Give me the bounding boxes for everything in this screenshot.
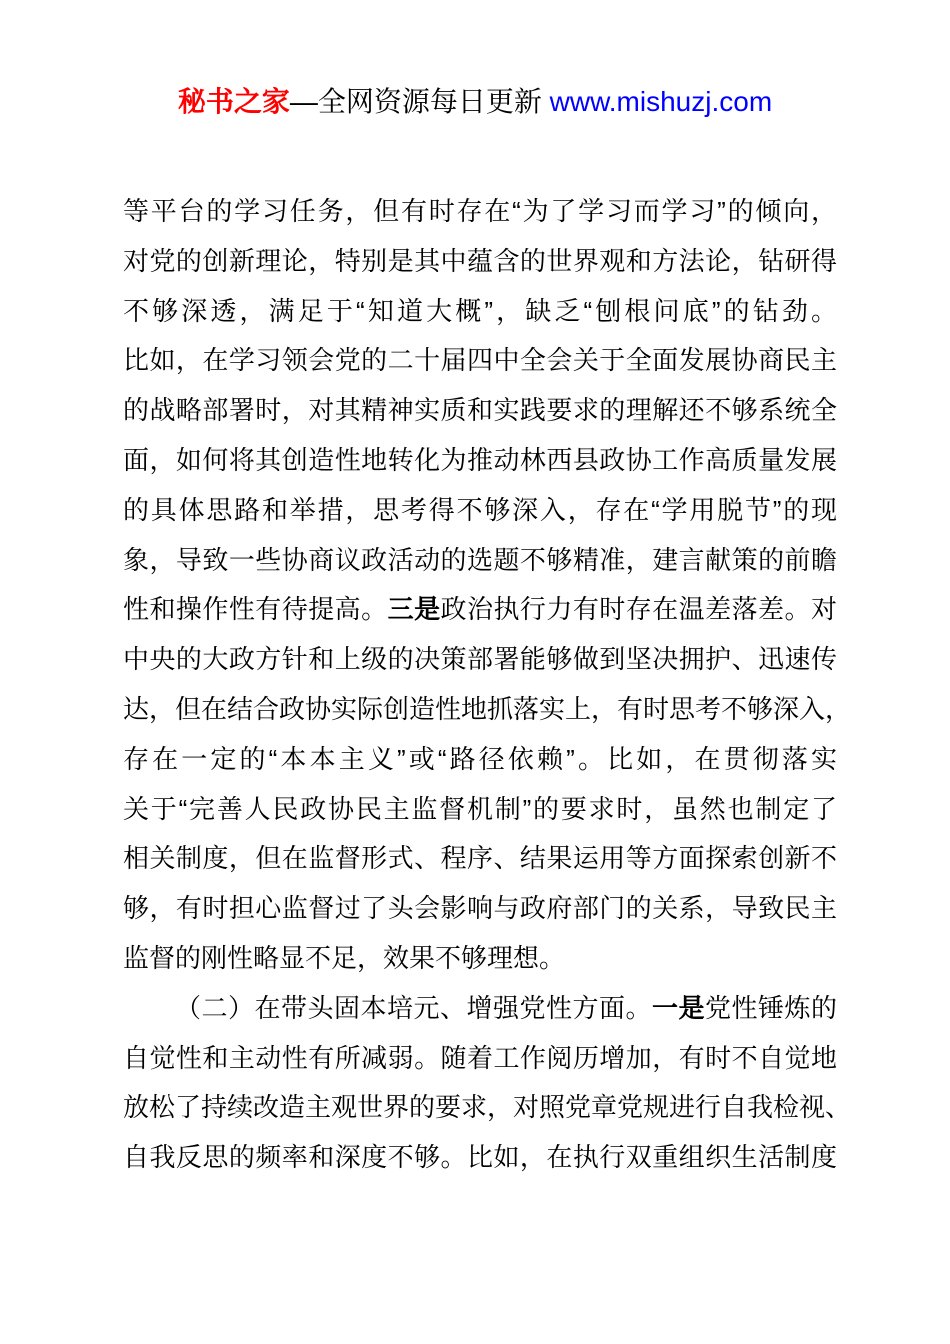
text-line: 中央的大政方针和上级的决策部署能够做到坚决拥护、迅速传 — [123, 635, 837, 685]
text-run: 关于“完善人民政协民主监督机制”的要求时，虽然也制定了 — [123, 794, 837, 824]
text-run: 相关制度，但在监督形式、程序、结果运用等方面探索创新不 — [123, 843, 837, 873]
text-run: 象，导致一些协商议政活动的选题不够精准，建言献策的前瞻 — [123, 545, 837, 575]
text-run: 存在一定的“本本主义”或“路径依赖”。比如，在贯彻落实 — [123, 744, 837, 774]
text-run: 够，有时担心监督过了头会影响与政府部门的关系，导致民主 — [123, 893, 837, 923]
text-line: 等平台的学习任务，但有时存在“为了学习而学习”的倾向， — [123, 187, 837, 237]
bold-run: 一是 — [652, 993, 705, 1023]
text-run: 党性锤炼的 — [705, 993, 837, 1023]
text-run: 不够深透，满足于“知道大概”，缺乏“刨根问底”的钻劲。 — [123, 296, 837, 326]
text-line: 达，但在结合政协实际创造性地抓落实上，有时思考不够深入， — [123, 685, 837, 735]
text-line: 的具体思路和举措，思考得不够深入，存在“学用脱节”的现 — [123, 486, 837, 536]
text-line: 关于“完善人民政协民主监督机制”的要求时，虽然也制定了 — [123, 785, 837, 835]
text-line: 的战略部署时，对其精神实质和实践要求的理解还不够系统全 — [123, 386, 837, 436]
text-run: 等平台的学习任务，但有时存在“为了学习而学习”的倾向， — [123, 196, 837, 226]
text-line: 象，导致一些协商议政活动的选题不够精准，建言献策的前瞻 — [123, 536, 837, 586]
text-run: （二）在带头固本培元、增强党性方面。 — [175, 993, 652, 1023]
text-line: 相关制度，但在监督形式、程序、结果运用等方面探索创新不 — [123, 834, 837, 884]
text-run: 自我反思的频率和深度不够。比如，在执行双重组织生活制度 — [123, 1142, 837, 1172]
text-line: 监督的刚性略显不足，效果不够理想。 — [123, 934, 837, 984]
text-line: 存在一定的“本本主义”或“路径依赖”。比如，在贯彻落实 — [123, 735, 837, 785]
text-line: （二）在带头固本培元、增强党性方面。一是党性锤炼的 — [123, 984, 837, 1034]
text-run: 面，如何将其创造性地转化为推动林西县政协工作高质量发展 — [123, 445, 837, 475]
text-line: 够，有时担心监督过了头会影响与政府部门的关系，导致民主 — [123, 884, 837, 934]
text-run: 监督的刚性略显不足，效果不够理想。 — [123, 943, 565, 973]
text-line: 不够深透，满足于“知道大概”，缺乏“刨根问底”的钻劲。 — [123, 287, 837, 337]
site-header: 秘书之家—全网资源每日更新 www.mishuzj.com — [0, 80, 950, 124]
text-line: 放松了持续改造主观世界的要求，对照党章党规进行自我检视、 — [123, 1083, 837, 1133]
paragraph: 等平台的学习任务，但有时存在“为了学习而学习”的倾向，对党的创新理论，特别是其中… — [123, 187, 837, 984]
text-run: 中央的大政方针和上级的决策部署能够做到坚决拥护、迅速传 — [123, 644, 837, 674]
text-run: 达，但在结合政协实际创造性地抓落实上，有时思考不够深入， — [123, 694, 851, 724]
site-url-link[interactable]: www.mishuzj.com — [550, 86, 772, 117]
text-run: 的具体思路和举措，思考得不够深入，存在“学用脱节”的现 — [123, 495, 837, 525]
text-line: 面，如何将其创造性地转化为推动林西县政协工作高质量发展 — [123, 436, 837, 486]
text-run: 放松了持续改造主观世界的要求，对照党章党规进行自我检视、 — [123, 1092, 851, 1122]
text-line: 比如，在学习领会党的二十届四中全会关于全面发展协商民主 — [123, 336, 837, 386]
text-line: 自觉性和主动性有所减弱。随着工作阅历增加，有时不自觉地 — [123, 1034, 837, 1084]
paragraph: （二）在带头固本培元、增强党性方面。一是党性锤炼的自觉性和主动性有所减弱。随着工… — [123, 984, 837, 1183]
bold-run: 三是 — [388, 594, 441, 624]
text-line: 对党的创新理论，特别是其中蕴含的世界观和方法论，钻研得 — [123, 237, 837, 287]
text-run: 的战略部署时，对其精神实质和实践要求的理解还不够系统全 — [123, 395, 837, 425]
text-run: 政治执行力有时存在温差落差。对 — [441, 594, 837, 624]
text-run: 性和操作性有待提高。 — [123, 594, 388, 624]
text-line: 自我反思的频率和深度不够。比如，在执行双重组织生活制度 — [123, 1133, 837, 1183]
document-page: 秘书之家—全网资源每日更新 www.mishuzj.com 等平台的学习任务，但… — [0, 0, 950, 1344]
text-run: 比如，在学习领会党的二十届四中全会关于全面发展协商民主 — [123, 345, 837, 375]
site-brand: 秘书之家 — [178, 86, 290, 117]
text-run: 对党的创新理论，特别是其中蕴含的世界观和方法论，钻研得 — [123, 246, 837, 276]
document-body: 等平台的学习任务，但有时存在“为了学习而学习”的倾向，对党的创新理论，特别是其中… — [123, 187, 837, 1183]
text-line: 性和操作性有待提高。三是政治执行力有时存在温差落差。对 — [123, 585, 837, 635]
site-tagline: —全网资源每日更新 — [290, 86, 550, 117]
text-run: 自觉性和主动性有所减弱。随着工作阅历增加，有时不自觉地 — [123, 1043, 837, 1073]
